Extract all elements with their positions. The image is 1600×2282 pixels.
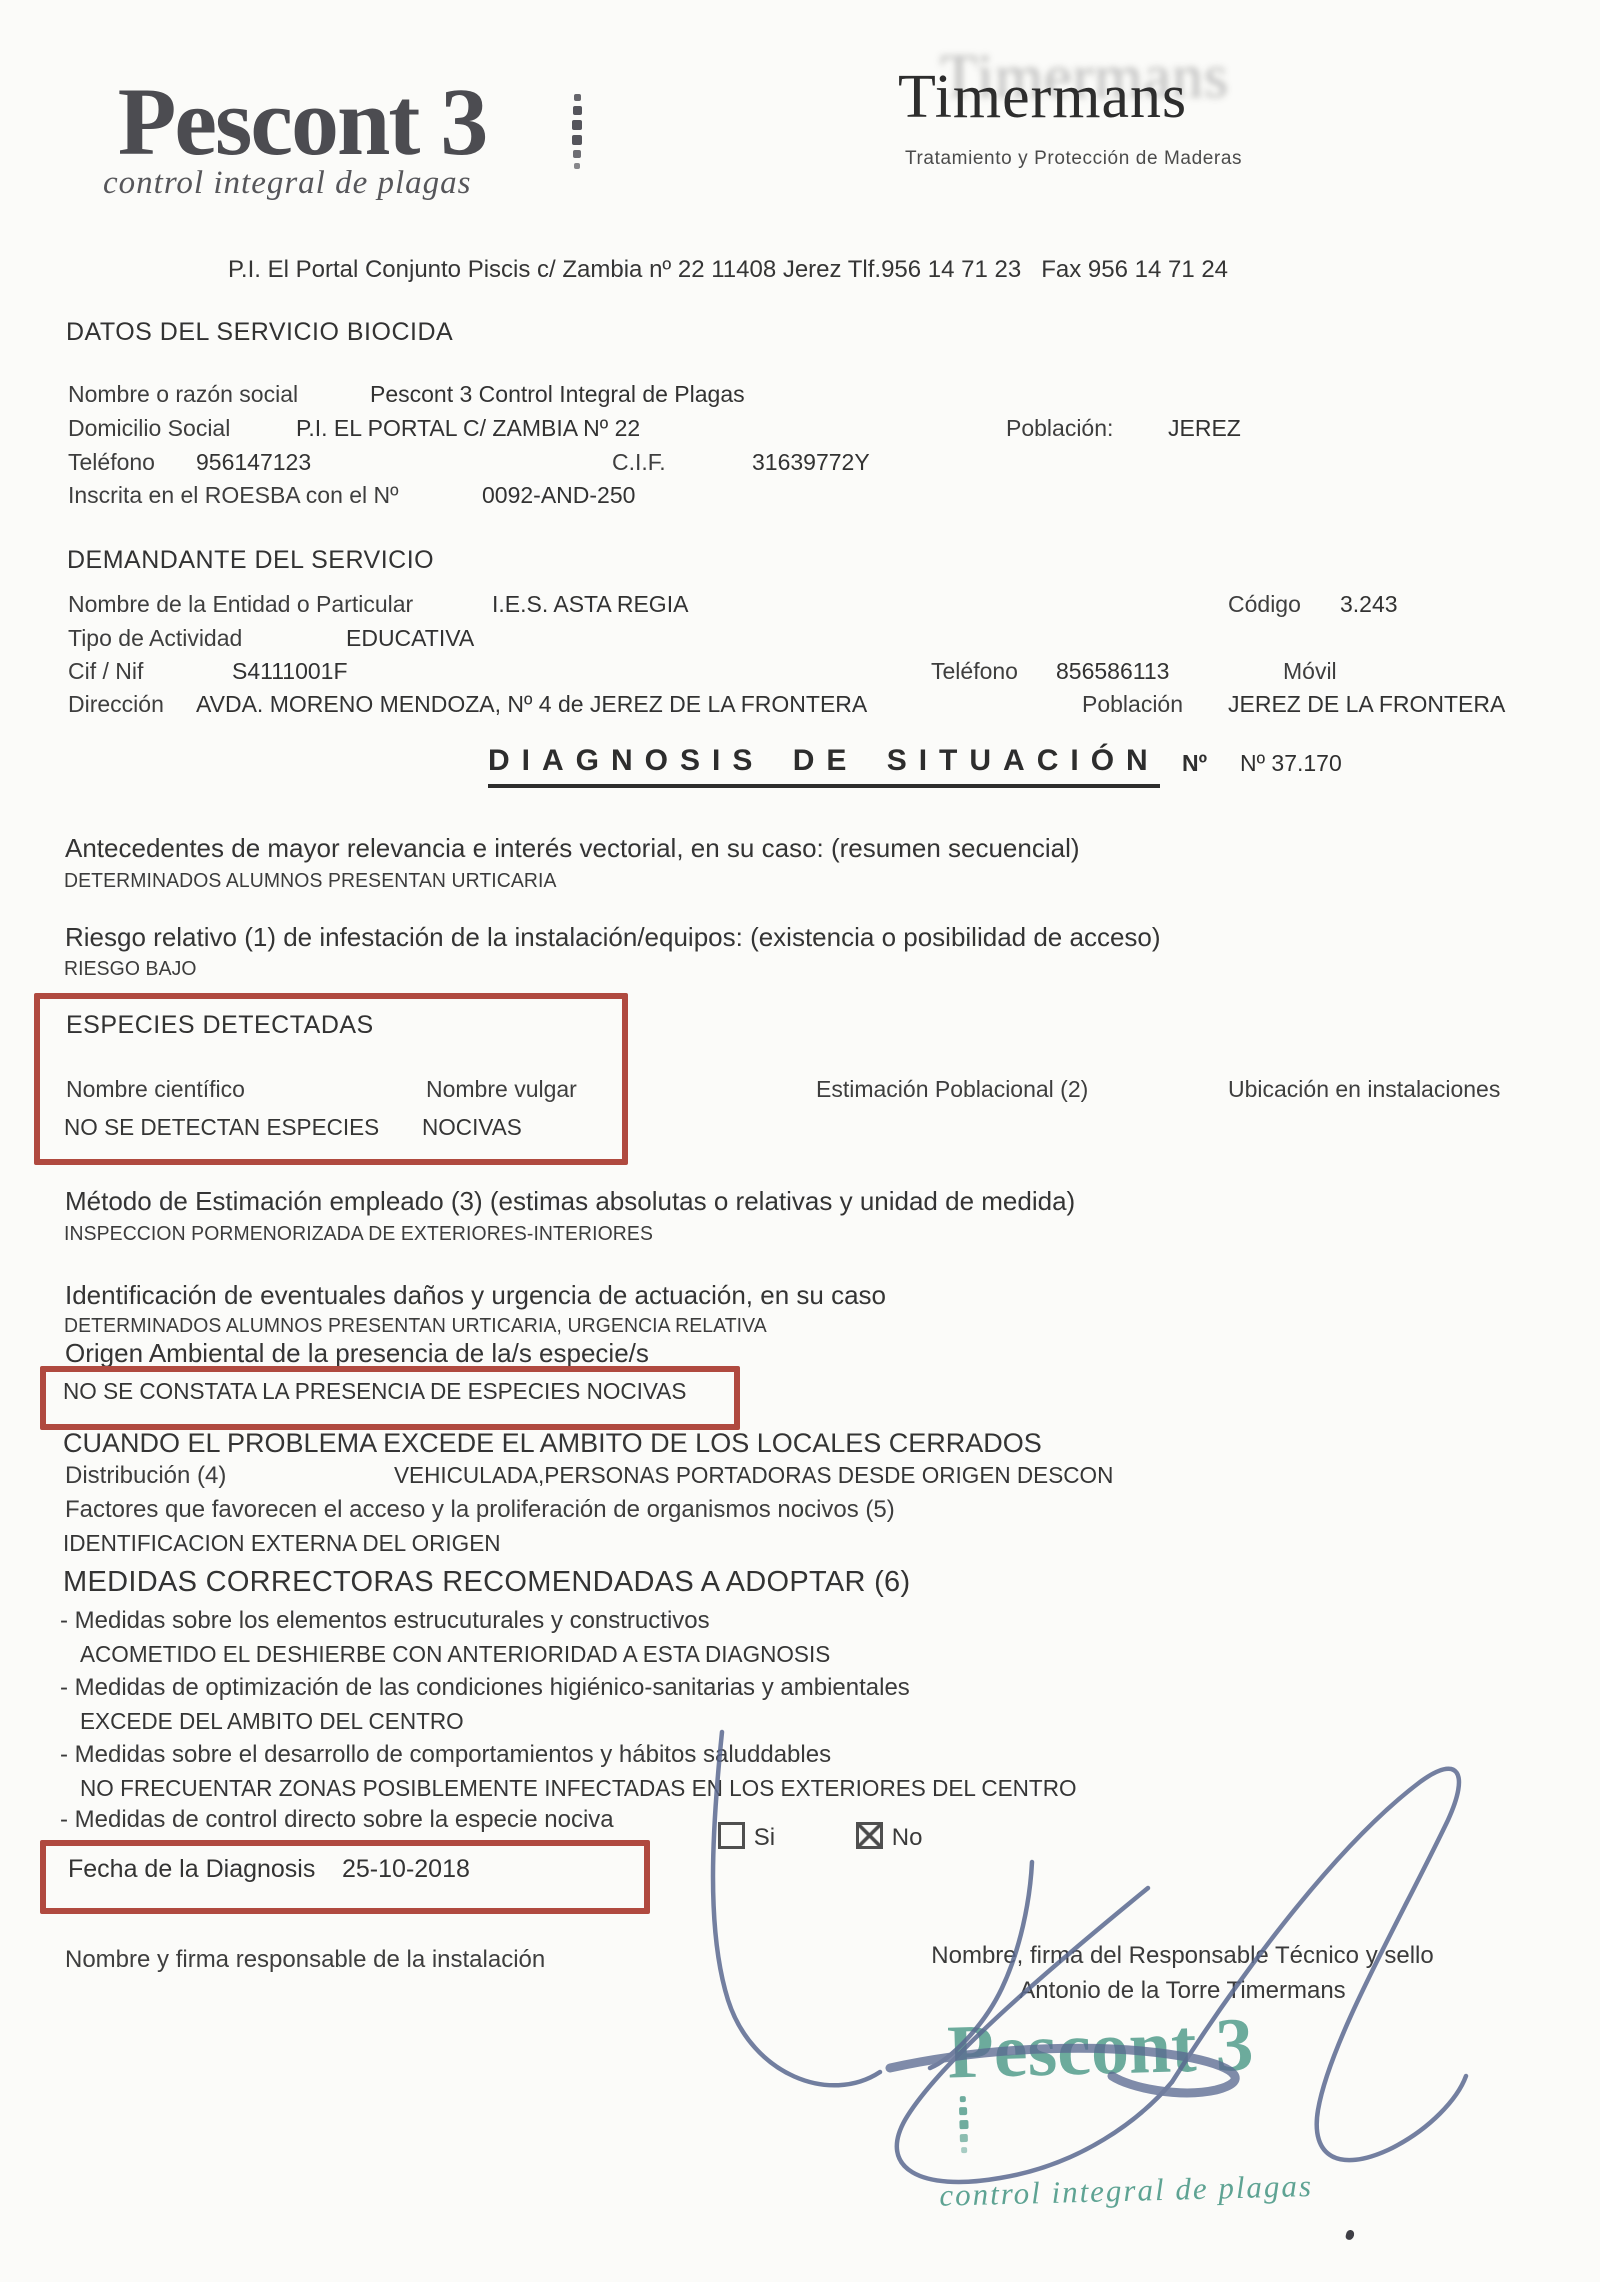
origen-label: Origen Ambiental de la presencia de la/s… — [65, 1338, 649, 1369]
si-checkbox-group: Si — [700, 1804, 775, 1870]
medida-item-label: - Medidas de control directo sobre la es… — [60, 1806, 614, 1834]
field-label-entidad: Nombre de la Entidad o Particular — [68, 591, 413, 618]
field-label-poblacion-demandante: Población — [1082, 691, 1183, 718]
company-address-line: P.I. El Portal Conjunto Piscis c/ Zambia… — [228, 256, 1228, 284]
fecha-label: Fecha de la Diagnosis — [68, 1855, 315, 1884]
no-checkbox — [856, 1822, 883, 1849]
especies-col-nombre-vulgar: Nombre vulgar — [426, 1076, 577, 1103]
firma-tecnico-label: Nombre, firma del Responsable Técnico y … — [895, 1942, 1470, 1970]
field-label-nombre-razon-social: Nombre o razón social — [68, 381, 298, 408]
stamp-text: Pescont 3 — [946, 2003, 1254, 2095]
origen-value: NO SE CONSTATA LA PRESENCIA DE ESPECIES … — [63, 1378, 686, 1405]
medidas-heading: MEDIDAS CORRECTORAS RECOMENDADAS A ADOPT… — [63, 1566, 910, 1599]
medida-item-label: - Medidas sobre el desarrollo de comport… — [60, 1741, 831, 1769]
stamp-tagline: control integral de plagas — [939, 2168, 1314, 2214]
no-checkbox-label: No — [892, 1824, 923, 1851]
document-title: DIAGNOSIS DE SITUACIÓN — [488, 744, 1160, 788]
identificacion-value: DETERMINADOS ALUMNOS PRESENTAN URTICARIA… — [64, 1315, 767, 1338]
field-value-codigo: 3.243 — [1340, 591, 1398, 618]
si-checkbox — [718, 1822, 745, 1849]
field-label-cif-servicio: C.I.F. — [612, 449, 666, 476]
antecedentes-value: DETERMINADOS ALUMNOS PRESENTAN URTICARIA — [64, 870, 557, 893]
fecha-value: 25-10-2018 — [342, 1855, 470, 1884]
cuando-heading: CUANDO EL PROBLEMA EXCEDE EL AMBITO DE L… — [63, 1428, 1042, 1459]
field-label-telefono-demandante: Teléfono — [931, 658, 1018, 685]
field-value-poblacion-demandante: JEREZ DE LA FRONTERA — [1228, 691, 1505, 718]
especies-row-nombre-cientifico: NO SE DETECTAN ESPECIES — [64, 1114, 379, 1141]
timermans-logo-text: Timermans — [898, 62, 1187, 133]
medida-item-label: - Medidas sobre los elementos estrucutur… — [60, 1607, 710, 1635]
riesgo-value: RIESGO BAJO — [64, 958, 197, 981]
section-heading-datos-servicio: DATOS DEL SERVICIO BIOCIDA — [66, 318, 453, 347]
distribucion-label: Distribución (4) — [65, 1462, 226, 1490]
riesgo-label: Riesgo relativo (1) de infestación de la… — [65, 922, 1161, 953]
medida-item-label: - Medidas de optimización de las condici… — [60, 1674, 910, 1702]
field-value-direccion: AVDA. MORENO MENDOZA, Nº 4 de JEREZ DE L… — [196, 691, 867, 718]
medida-item-value: NO FRECUENTAR ZONAS POSIBLEMENTE INFECTA… — [80, 1775, 1077, 1802]
factores-value: IDENTIFICACION EXTERNA DEL ORIGEN — [63, 1530, 501, 1557]
field-value-poblacion-servicio: JEREZ — [1168, 415, 1241, 442]
medida-item-value: EXCEDE DEL AMBITO DEL CENTRO — [80, 1708, 464, 1735]
field-value-roesba: 0092-AND-250 — [482, 482, 635, 509]
field-value-domicilio-social: P.I. EL PORTAL C/ ZAMBIA Nº 22 — [296, 415, 640, 442]
field-label-actividad: Tipo de Actividad — [68, 625, 242, 652]
firma-instalacion-label: Nombre y firma responsable de la instala… — [65, 1946, 545, 1974]
scanned-document-page: Pescont 3 control integral de plagas Tim… — [0, 0, 1600, 2282]
field-value-telefono-servicio: 956147123 — [196, 449, 311, 476]
factores-label: Factores que favorecen el acceso y la pr… — [65, 1496, 895, 1524]
field-label-poblacion-servicio: Población: — [1006, 415, 1113, 442]
field-value-entidad: I.E.S. ASTA REGIA — [492, 591, 688, 618]
metodo-value: INSPECCION PORMENORIZADA DE EXTERIORES-I… — [64, 1223, 653, 1246]
field-value-cif-nif: S4111001F — [232, 658, 348, 685]
field-label-movil: Móvil — [1283, 658, 1337, 685]
pescont-dots-column-icon — [572, 94, 582, 169]
medida-item-value: ACOMETIDO EL DESHIERBE CON ANTERIORIDAD … — [80, 1641, 830, 1668]
si-checkbox-label: Si — [754, 1824, 775, 1851]
field-label-domicilio-social: Domicilio Social — [68, 415, 230, 442]
document-number-value: Nº 37.170 — [1240, 750, 1342, 777]
metodo-label: Método de Estimación empleado (3) (estim… — [65, 1186, 1075, 1217]
no-checkbox-group: No — [838, 1804, 922, 1870]
especies-row-nombre-vulgar: NOCIVAS — [422, 1114, 522, 1141]
ink-dot — [1345, 2229, 1355, 2241]
stamp-dots-column-icon — [959, 2096, 969, 2153]
section-heading-demandante: DEMANDANTE DEL SERVICIO — [67, 546, 434, 575]
identificacion-label: Identificación de eventuales daños y urg… — [65, 1280, 886, 1311]
timermans-subtitle: Tratamiento y Protección de Maderas — [905, 148, 1242, 170]
field-value-cif-servicio: 31639772Y — [752, 449, 870, 476]
pescont-tagline: control integral de plagas — [103, 165, 472, 202]
field-value-actividad: EDUCATIVA — [346, 625, 474, 652]
field-label-codigo: Código — [1228, 591, 1301, 618]
field-label-cif-nif: Cif / Nif — [68, 658, 143, 685]
field-label-roesba: Inscrita en el ROESBA con el Nº — [68, 482, 399, 509]
especies-col-ubicacion: Ubicación en instalaciones — [1228, 1076, 1500, 1103]
document-number-label: Nº — [1182, 750, 1207, 777]
field-label-direccion: Dirección — [68, 691, 164, 718]
distribucion-value: VEHICULADA,PERSONAS PORTADORAS DESDE ORI… — [394, 1462, 1113, 1489]
pescont-logo-text: Pescont 3 — [118, 68, 487, 175]
especies-heading: ESPECIES DETECTADAS — [66, 1011, 374, 1040]
pescont-stamp: Pescont 3 control integral de plagas — [928, 1982, 1314, 2250]
antecedentes-label: Antecedentes de mayor relevancia e inter… — [65, 833, 1080, 864]
field-value-telefono-demandante: 856586113 — [1056, 658, 1169, 685]
field-label-telefono-servicio: Teléfono — [68, 449, 155, 476]
especies-col-estimacion-poblacional: Estimación Poblacional (2) — [816, 1076, 1088, 1103]
especies-col-nombre-cientifico: Nombre científico — [66, 1076, 245, 1103]
field-value-nombre-razon-social: Pescont 3 Control Integral de Plagas — [370, 381, 745, 408]
